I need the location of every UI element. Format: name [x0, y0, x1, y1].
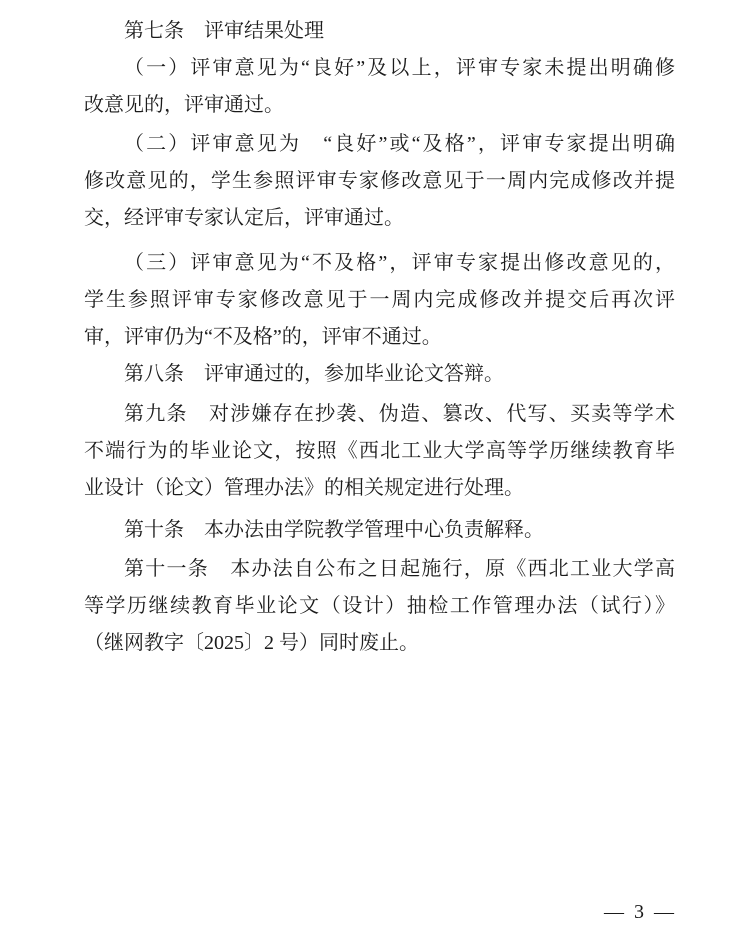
text-line: 学生参照评审专家修改意见于一周内完成修改并提交后再次评: [84, 282, 675, 319]
document-page: 第七条 评审结果处理 （一）评审意见为“良好”及以上，评审专家未提出明确修 改意…: [0, 0, 754, 928]
article-7-heading: 第七条 评审结果处理: [84, 13, 675, 50]
text-line: 改意见的，评审通过。: [84, 87, 675, 124]
text-line: （三）评审意见为“不及格”，评审专家提出修改意见的，: [84, 245, 675, 282]
text-line: 第八条 评审通过的，参加毕业论文答辩。: [84, 356, 675, 393]
page-number: — 3 —: [604, 899, 675, 925]
article-11: 第十一条 本办法自公布之日起施行，原《西北工业大学高 等学历继续教育毕业论文（设…: [84, 551, 675, 662]
text-line: （继网教字〔2025〕2 号）同时废止。: [84, 625, 675, 662]
text-line: 不端行为的毕业论文，按照《西北工业大学高等学历继续教育毕: [84, 433, 675, 470]
article-10: 第十条 本办法由学院教学管理中心负责解释。: [84, 512, 675, 549]
text-line: （一）评审意见为“良好”及以上，评审专家未提出明确修: [84, 50, 675, 87]
text-line: （二）评审意见为 “良好”或“及格”，评审专家提出明确: [84, 126, 675, 163]
text-line: 审，评审仍为“不及格”的，评审不通过。: [84, 319, 675, 356]
text-line: 第九条 对涉嫌存在抄袭、伪造、篡改、代写、买卖等学术: [84, 396, 675, 433]
clause-2: （二）评审意见为 “良好”或“及格”，评审专家提出明确 修改意见的，学生参照评审…: [84, 126, 675, 237]
text-line: 修改意见的，学生参照评审专家修改意见于一周内完成修改并提: [84, 163, 675, 200]
clause-3: （三）评审意见为“不及格”，评审专家提出修改意见的， 学生参照评审专家修改意见于…: [84, 245, 675, 356]
document-body: 第七条 评审结果处理 （一）评审意见为“良好”及以上，评审专家未提出明确修 改意…: [84, 13, 675, 662]
text-line: 第十一条 本办法自公布之日起施行，原《西北工业大学高: [84, 551, 675, 588]
text-line: 业设计（论文）管理办法》的相关规定进行处理。: [84, 470, 675, 507]
text-line: 第十条 本办法由学院教学管理中心负责解释。: [84, 512, 675, 549]
article-8: 第八条 评审通过的，参加毕业论文答辩。: [84, 356, 675, 393]
text-line: 交，经评审专家认定后，评审通过。: [84, 200, 675, 237]
clause-1: （一）评审意见为“良好”及以上，评审专家未提出明确修 改意见的，评审通过。: [84, 50, 675, 124]
text-line: 等学历继续教育毕业论文（设计）抽检工作管理办法（试行）》: [84, 588, 675, 625]
article-9: 第九条 对涉嫌存在抄袭、伪造、篡改、代写、买卖等学术 不端行为的毕业论文，按照《…: [84, 396, 675, 507]
text-line: 第七条 评审结果处理: [84, 13, 675, 50]
